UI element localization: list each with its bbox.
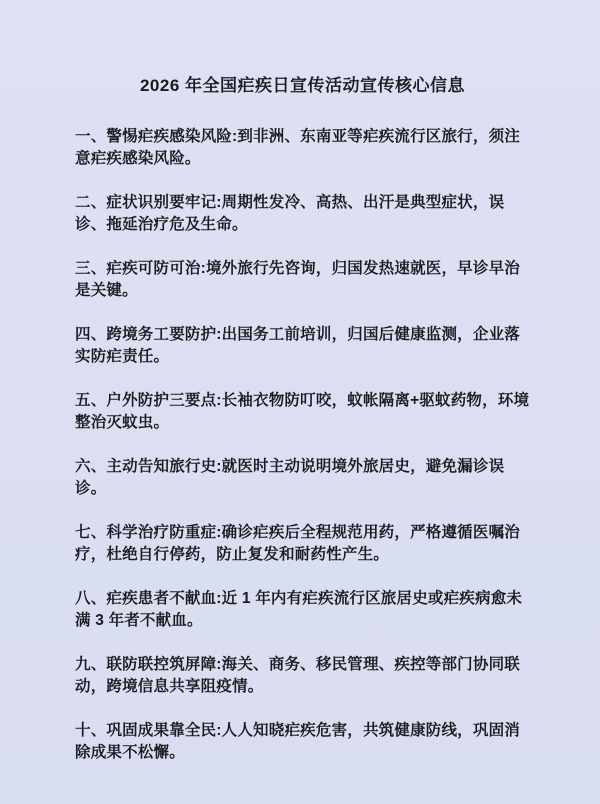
key-message-item-4: 四、跨境务工要防护:出国务工前培训，归国后健康监测，企业落实防疟责任。 (75, 324, 530, 368)
key-message-item-10: 十、巩固成果靠全民:人人知晓疟疾危害，共筑健康防线，巩固消除成果不松懈。 (75, 720, 530, 764)
key-message-item-5: 五、户外防护三要点:长袖衣物防叮咬，蚊帐隔离+驱蚊药物，环境整治灭蚊虫。 (75, 390, 530, 434)
document-title: 2026 年全国疟疾日宣传活动宣传核心信息 (75, 74, 530, 98)
key-message-item-1: 一、警惕疟疾感染风险:到非洲、东南亚等疟疾流行区旅行，须注意疟疾感染风险。 (75, 126, 530, 170)
key-message-item-3: 三、疟疾可防可治:境外旅行先咨询，归国发热速就医，早诊早治是关键。 (75, 258, 530, 302)
key-message-item-6: 六、主动告知旅行史:就医时主动说明境外旅居史，避免漏诊误诊。 (75, 456, 530, 500)
document-page: 2026 年全国疟疾日宣传活动宣传核心信息 一、警惕疟疾感染风险:到非洲、东南亚… (0, 0, 600, 804)
key-message-item-9: 九、联防联控筑屏障:海关、商务、移民管理、疾控等部门协同联动，跨境信息共享阻疫情… (75, 654, 530, 698)
key-message-item-7: 七、科学治疗防重症:确诊疟疾后全程规范用药，严格遵循医嘱治疗，杜绝自行停药，防止… (75, 522, 530, 566)
key-message-item-8: 八、疟疾患者不献血:近 1 年内有疟疾流行区旅居史或疟疾病愈未满 3 年者不献血… (75, 588, 530, 632)
key-message-item-2: 二、症状识别要牢记:周期性发冷、高热、出汗是典型症状，误诊、拖延治疗危及生命。 (75, 192, 530, 236)
